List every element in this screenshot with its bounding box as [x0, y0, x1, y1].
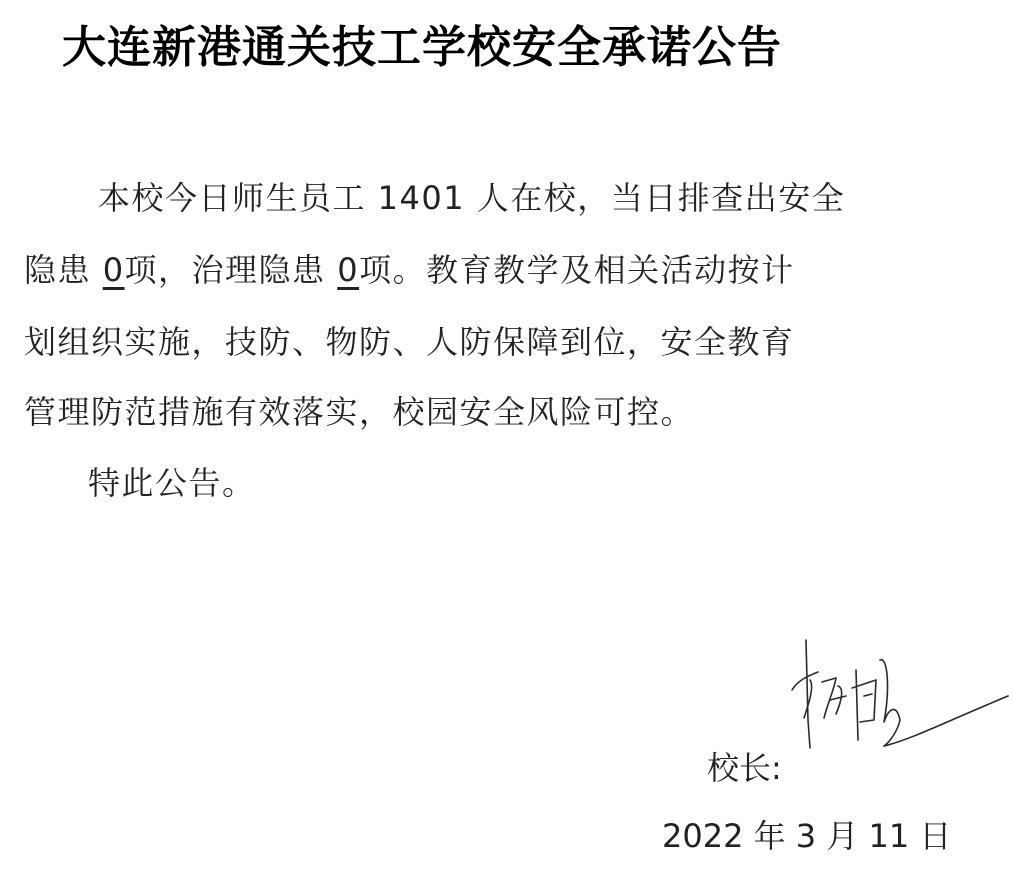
text-segment: 隐患 [24, 251, 103, 289]
signature-label: 校长: [707, 746, 782, 790]
paragraph-line-4: 管理防范措施有效落实，校园安全风险可控。 [24, 390, 694, 434]
paragraph-line-1: 本校今日师生员工 1401 人在校，当日排查出安全 [98, 176, 845, 220]
text-segment: 项，治理隐患 [125, 251, 338, 289]
paragraph-line-2: 隐患 0项，治理隐患 0项。教育教学及相关活动按计 [24, 248, 795, 292]
closing-text: 特此公告。 [88, 461, 256, 505]
document-date: 2022 年 3 月 11 日 [662, 814, 951, 858]
hazards-found-count: 0 [103, 251, 125, 289]
text-segment: 项。教育教学及相关活动按计 [359, 251, 795, 289]
paragraph-line-3: 划组织实施，技防、物防、人防保障到位，安全教育 [24, 320, 795, 364]
hazards-fixed-count: 0 [337, 251, 359, 289]
document-title: 大连新港通关技工学校安全承诺公告 [62, 18, 782, 78]
handwritten-signature-icon [780, 630, 1013, 770]
